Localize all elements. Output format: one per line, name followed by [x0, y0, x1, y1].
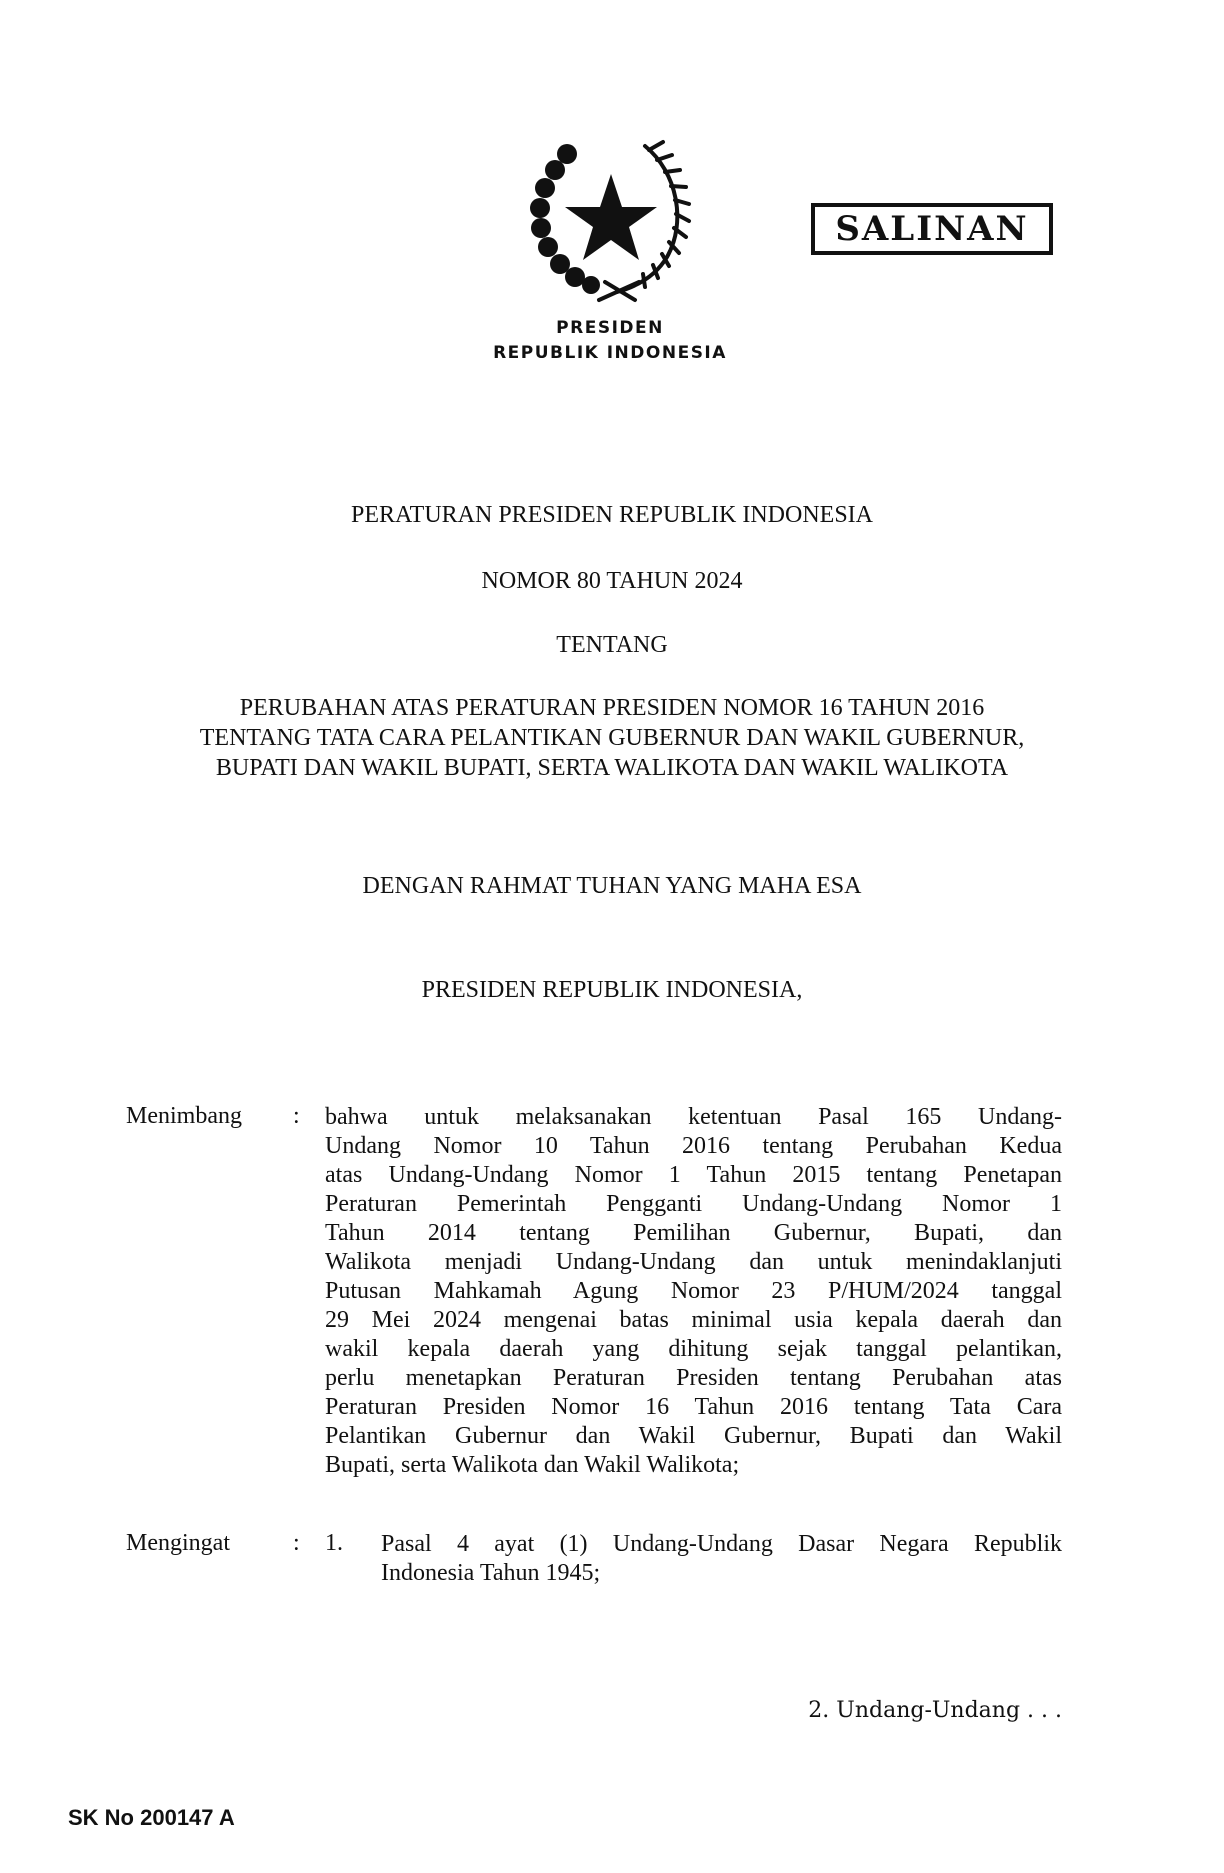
mengingat-line: Indonesia Tahun 1945;	[381, 1559, 1062, 1588]
menimbang-line: Pelantikan Gubernur dan Wakil Gubernur, …	[325, 1422, 1062, 1451]
page-continuation: 2. Undang-Undang . . .	[808, 1698, 1062, 1723]
menimbang-label: Menimbang	[126, 1103, 242, 1130]
mengingat-item-number: 1.	[325, 1530, 343, 1557]
menimbang-body: bahwa untuk melaksanakan ketentuan Pasal…	[325, 1103, 1062, 1480]
subject-line: PERUBAHAN ATAS PERATURAN PRESIDEN NOMOR …	[0, 693, 1224, 723]
document-page: PRESIDEN REPUBLIK INDONESIA SALINAN PERA…	[0, 0, 1224, 1873]
tentang-heading: TENTANG	[0, 632, 1224, 659]
emblem-caption-presiden: PRESIDEN	[420, 318, 800, 338]
menimbang-line: wakil kepala daerah yang dihitung sejak …	[325, 1335, 1062, 1364]
sk-number: SK No 200147 A	[68, 1805, 235, 1831]
menimbang-line: Walikota menjadi Undang-Undang dan untuk…	[325, 1248, 1062, 1277]
subject-line: TENTANG TATA CARA PELANTIKAN GUBERNUR DA…	[0, 723, 1224, 753]
menimbang-line: bahwa untuk melaksanakan ketentuan Pasal…	[325, 1103, 1062, 1132]
mengingat-item-text: Pasal 4 ayat (1) Undang-Undang Dasar Neg…	[381, 1530, 1062, 1588]
presidential-emblem-icon	[527, 132, 693, 304]
menimbang-line: Bupati, serta Walikota dan Wakil Walikot…	[325, 1451, 1062, 1480]
salinan-stamp: SALINAN	[811, 203, 1053, 255]
mengingat-label: Mengingat	[126, 1530, 230, 1557]
enacting-authority: PRESIDEN REPUBLIK INDONESIA,	[0, 977, 1224, 1004]
menimbang-line: Undang Nomor 10 Tahun 2016 tentang Perub…	[325, 1132, 1062, 1161]
menimbang-line: Tahun 2014 tentang Pemilihan Gubernur, B…	[325, 1219, 1062, 1248]
emblem-caption-republik: REPUBLIK INDONESIA	[420, 343, 800, 363]
menimbang-line: Peraturan Pemerintah Pengganti Undang-Un…	[325, 1190, 1062, 1219]
regulation-subject: PERUBAHAN ATAS PERATURAN PRESIDEN NOMOR …	[0, 693, 1224, 783]
regulation-number: NOMOR 80 TAHUN 2024	[0, 568, 1224, 595]
mengingat-colon: :	[293, 1530, 300, 1557]
invocation: DENGAN RAHMAT TUHAN YANG MAHA ESA	[0, 873, 1224, 900]
regulation-title: PERATURAN PRESIDEN REPUBLIK INDONESIA	[0, 502, 1224, 529]
mengingat-line: Pasal 4 ayat (1) Undang-Undang Dasar Neg…	[381, 1530, 1062, 1559]
menimbang-line: perlu menetapkan Peraturan Presiden tent…	[325, 1364, 1062, 1393]
subject-line: BUPATI DAN WAKIL BUPATI, SERTA WALIKOTA …	[0, 753, 1224, 783]
menimbang-line: 29 Mei 2024 mengenai batas minimal usia …	[325, 1306, 1062, 1335]
menimbang-colon: :	[293, 1103, 300, 1130]
menimbang-line: atas Undang-Undang Nomor 1 Tahun 2015 te…	[325, 1161, 1062, 1190]
menimbang-line: Putusan Mahkamah Agung Nomor 23 P/HUM/20…	[325, 1277, 1062, 1306]
menimbang-line: Peraturan Presiden Nomor 16 Tahun 2016 t…	[325, 1393, 1062, 1422]
